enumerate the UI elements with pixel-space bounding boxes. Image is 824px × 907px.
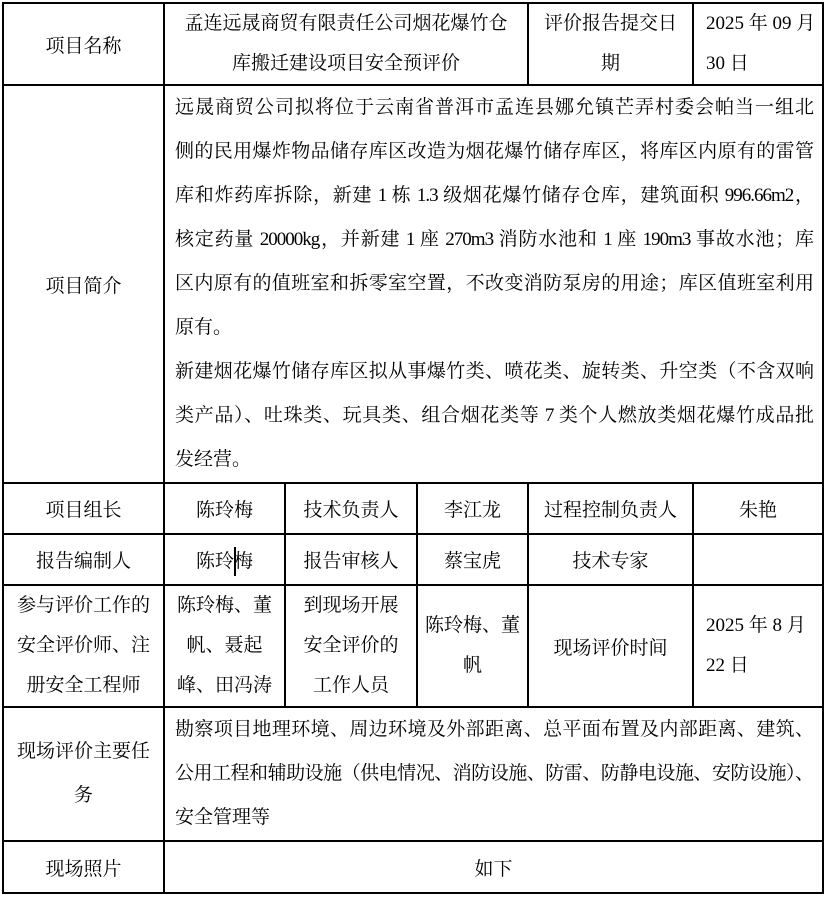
text-line: 2025 年 09 月 xyxy=(706,4,822,44)
text-line: 陈玲梅、董 xyxy=(165,586,284,626)
onsite-tasks-text[interactable]: 勘察项目地理环境、周边环境及外部距离、总平面布置及内部距离、建筑、公用工程和辅助… xyxy=(164,707,823,841)
onsite-photos-value[interactable]: 如下 xyxy=(164,841,823,893)
onsite-photos-label[interactable]: 现场照片 xyxy=(3,841,164,893)
text-line: 勘察项目地理环境、周边环境及外部距离、总平面布置及内部距离、建筑、 xyxy=(175,708,813,752)
text-line: 务 xyxy=(4,774,163,818)
text-line: 新建烟花爆竹储存库区拟从事爆竹类、喷花类、旋转类、升空类（不含双响 xyxy=(175,350,813,394)
text-line: 库搬迁建设项目安全预评价 xyxy=(165,44,527,84)
project-leader-label[interactable]: 项目组长 xyxy=(3,483,164,534)
text-line: 侧的民用爆炸物品储存库区改造为烟花爆竹储存库区，将库区内原有的雷管 xyxy=(175,130,813,174)
text-line: 峰、田冯涛 xyxy=(165,666,284,706)
project-name-label[interactable]: 项目名称 xyxy=(3,3,164,85)
text-line: 评价报告提交日 xyxy=(529,4,692,44)
text-line: 22 日 xyxy=(706,646,822,686)
project-leader-value[interactable]: 陈玲梅 xyxy=(164,483,285,534)
report-author-name: 陈玲梅 xyxy=(196,551,253,572)
project-intro-label[interactable]: 项目简介 xyxy=(3,85,164,483)
text-line: 发经营。 xyxy=(175,438,813,482)
row-project-intro: 项目简介 远晟商贸公司拟将位于云南省普洱市孟连县娜允镇芒弄村委会帕当一组北侧的民… xyxy=(3,85,823,483)
project-name-value[interactable]: 孟连远晟商贸有限责任公司烟花爆竹仓库搬迁建设项目安全预评价 xyxy=(164,3,528,85)
project-intro-text[interactable]: 远晟商贸公司拟将位于云南省普洱市孟连县娜允镇芒弄村委会帕当一组北侧的民用爆炸物品… xyxy=(164,85,823,483)
text-line: 期 xyxy=(529,44,692,84)
participants-value[interactable]: 陈玲梅、董帆、聂起峰、田冯涛 xyxy=(164,585,285,707)
text-line: 现场评价主要任 xyxy=(4,730,163,774)
report-author-label[interactable]: 报告编制人 xyxy=(3,534,164,585)
text-line: 安全评价师、注 xyxy=(4,626,163,666)
row-participants: 参与评价工作的安全评价师、注册安全工程师 陈玲梅、董帆、聂起峰、田冯涛 到现场开… xyxy=(3,585,823,707)
text-line: 远晟商贸公司拟将位于云南省普洱市孟连县娜允镇芒弄村委会帕当一组北 xyxy=(175,86,813,130)
text-line: 类产品）、吐珠类、玩具类、组合烟花类等 7 类个人燃放类烟花爆竹成品批 xyxy=(175,394,813,438)
text-line: 帆、聂起 xyxy=(165,626,284,666)
text-line: 公用工程和辅助设施（供电情况、消防设施、防雷、防静电设施、安防设施）、 xyxy=(175,752,813,796)
row-project-name: 项目名称 孟连远晟商贸有限责任公司烟花爆竹仓库搬迁建设项目安全预评价 评价报告提… xyxy=(3,3,823,85)
text-line: 区内原有的值班室和拆零室空置，不改变消防泵房的用途；库区值班室利用 xyxy=(175,262,813,306)
text-line: 到现场开展 xyxy=(286,586,416,626)
row-onsite-photos: 现场照片 如下 xyxy=(3,841,823,893)
text-line: 册安全工程师 xyxy=(4,666,163,706)
text-line: 安全评价的 xyxy=(286,626,416,666)
tech-expert-label[interactable]: 技术专家 xyxy=(528,534,693,585)
report-submit-date-value[interactable]: 2025 年 09 月30 日 xyxy=(693,3,823,85)
report-reviewer-value[interactable]: 蔡宝虎 xyxy=(417,534,528,585)
text-line: 核定药量 20000kg，并新建 1 座 270m3 消防水池和 1 座 190… xyxy=(175,218,813,262)
tech-lead-label[interactable]: 技术负责人 xyxy=(285,483,417,534)
report-reviewer-label[interactable]: 报告审核人 xyxy=(285,534,417,585)
process-control-lead-label[interactable]: 过程控制负责人 xyxy=(528,483,693,534)
onsite-eval-time-value[interactable]: 2025 年 8 月22 日 xyxy=(693,585,823,707)
text-line: 2025 年 8 月 xyxy=(706,606,822,646)
tech-expert-value[interactable] xyxy=(693,534,823,585)
text-line: 陈玲梅、董 xyxy=(418,606,527,646)
text-line: 参与评价工作的 xyxy=(4,586,163,626)
text-caret xyxy=(234,547,236,576)
row-leaders: 项目组长 陈玲梅 技术负责人 李江龙 过程控制负责人 朱艳 xyxy=(3,483,823,534)
evaluation-info-table: 项目名称 孟连远晟商贸有限责任公司烟花爆竹仓库搬迁建设项目安全预评价 评价报告提… xyxy=(2,2,824,894)
report-submit-date-label[interactable]: 评价报告提交日期 xyxy=(528,3,693,85)
onsite-staff-label[interactable]: 到现场开展安全评价的工作人员 xyxy=(285,585,417,707)
text-line: 孟连远晟商贸有限责任公司烟花爆竹仓 xyxy=(165,4,527,44)
row-authors: 报告编制人 陈玲梅 报告审核人 蔡宝虎 技术专家 xyxy=(3,534,823,585)
onsite-eval-time-label[interactable]: 现场评价时间 xyxy=(528,585,693,707)
text-line: 安全管理等 xyxy=(175,796,813,840)
text-line: 原有。 xyxy=(175,306,813,350)
report-author-value[interactable]: 陈玲梅 xyxy=(164,534,285,585)
text-line: 工作人员 xyxy=(286,666,416,706)
onsite-tasks-label[interactable]: 现场评价主要任务 xyxy=(3,707,164,841)
text-line: 库和炸药库拆除，新建 1 栋 1.3 级烟花爆竹储存仓库，建筑面积 996.66… xyxy=(175,174,813,218)
text-line: 帆 xyxy=(418,646,527,686)
process-control-lead-value[interactable]: 朱艳 xyxy=(693,483,823,534)
row-onsite-tasks: 现场评价主要任务 勘察项目地理环境、周边环境及外部距离、总平面布置及内部距离、建… xyxy=(3,707,823,841)
onsite-staff-value[interactable]: 陈玲梅、董帆 xyxy=(417,585,528,707)
text-line: 30 日 xyxy=(706,44,822,84)
tech-lead-value[interactable]: 李江龙 xyxy=(417,483,528,534)
participants-label[interactable]: 参与评价工作的安全评价师、注册安全工程师 xyxy=(3,585,164,707)
